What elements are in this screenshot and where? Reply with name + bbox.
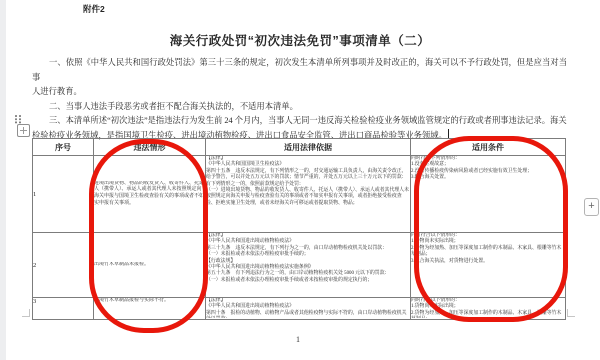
row2-no[interactable]: 2: [33, 262, 93, 269]
page-margin-mark: [567, 316, 575, 317]
header-legal-basis: 适用法律依据: [206, 139, 411, 156]
red-marker-circle-conditions-column[interactable]: [414, 136, 568, 322]
row1-no[interactable]: 1: [33, 191, 93, 198]
document-body[interactable]: 一、依照《中华人民共和国行政处罚法》第三十三条的规定，初次发生本清单所列事项并及…: [32, 56, 567, 144]
red-marker-circle-violation-column[interactable]: [89, 139, 208, 333]
row3-legal-basis[interactable]: 【法律】 《中华人民共和国进出境动植物检疫法》 第四十条 报检的动植物、动植物产…: [206, 298, 410, 318]
viewer-edge: [0, 0, 6, 360]
add-button[interactable]: +: [584, 198, 599, 216]
row2-legal-basis[interactable]: 【法律】 《中华人民共和国进出境动植物检疫法》 第三十九条 违反本法规定，有下列…: [206, 233, 410, 284]
row3-no[interactable]: 3: [33, 298, 93, 305]
row1-legal-basis[interactable]: 【法律】 《中华人民共和国国境卫生检疫法》 第四十五条 违反本法规定，有下列情形…: [206, 156, 410, 207]
page-title: 海关行政处罚“初次违法免罚”事项清单（二）: [0, 31, 600, 49]
page-margin-mark: [29, 309, 30, 317]
page-number: 1: [0, 335, 596, 344]
paragraph-2[interactable]: 二、当事人违法手段恶劣或者拒不配合海关执法的，不适用本清单。: [32, 100, 567, 115]
table-select-grid-icon[interactable]: [17, 124, 30, 137]
attachment-label: 附件2: [83, 3, 105, 15]
header-no: 序号: [33, 139, 94, 156]
page-margin-mark: [567, 309, 568, 317]
paragraph-1[interactable]: 一、依照《中华人民共和国行政处罚法》第三十三条的规定，初次发生本清单所列事项并及…: [32, 56, 567, 100]
table-drag-dots-icon[interactable]: [15, 115, 17, 117]
